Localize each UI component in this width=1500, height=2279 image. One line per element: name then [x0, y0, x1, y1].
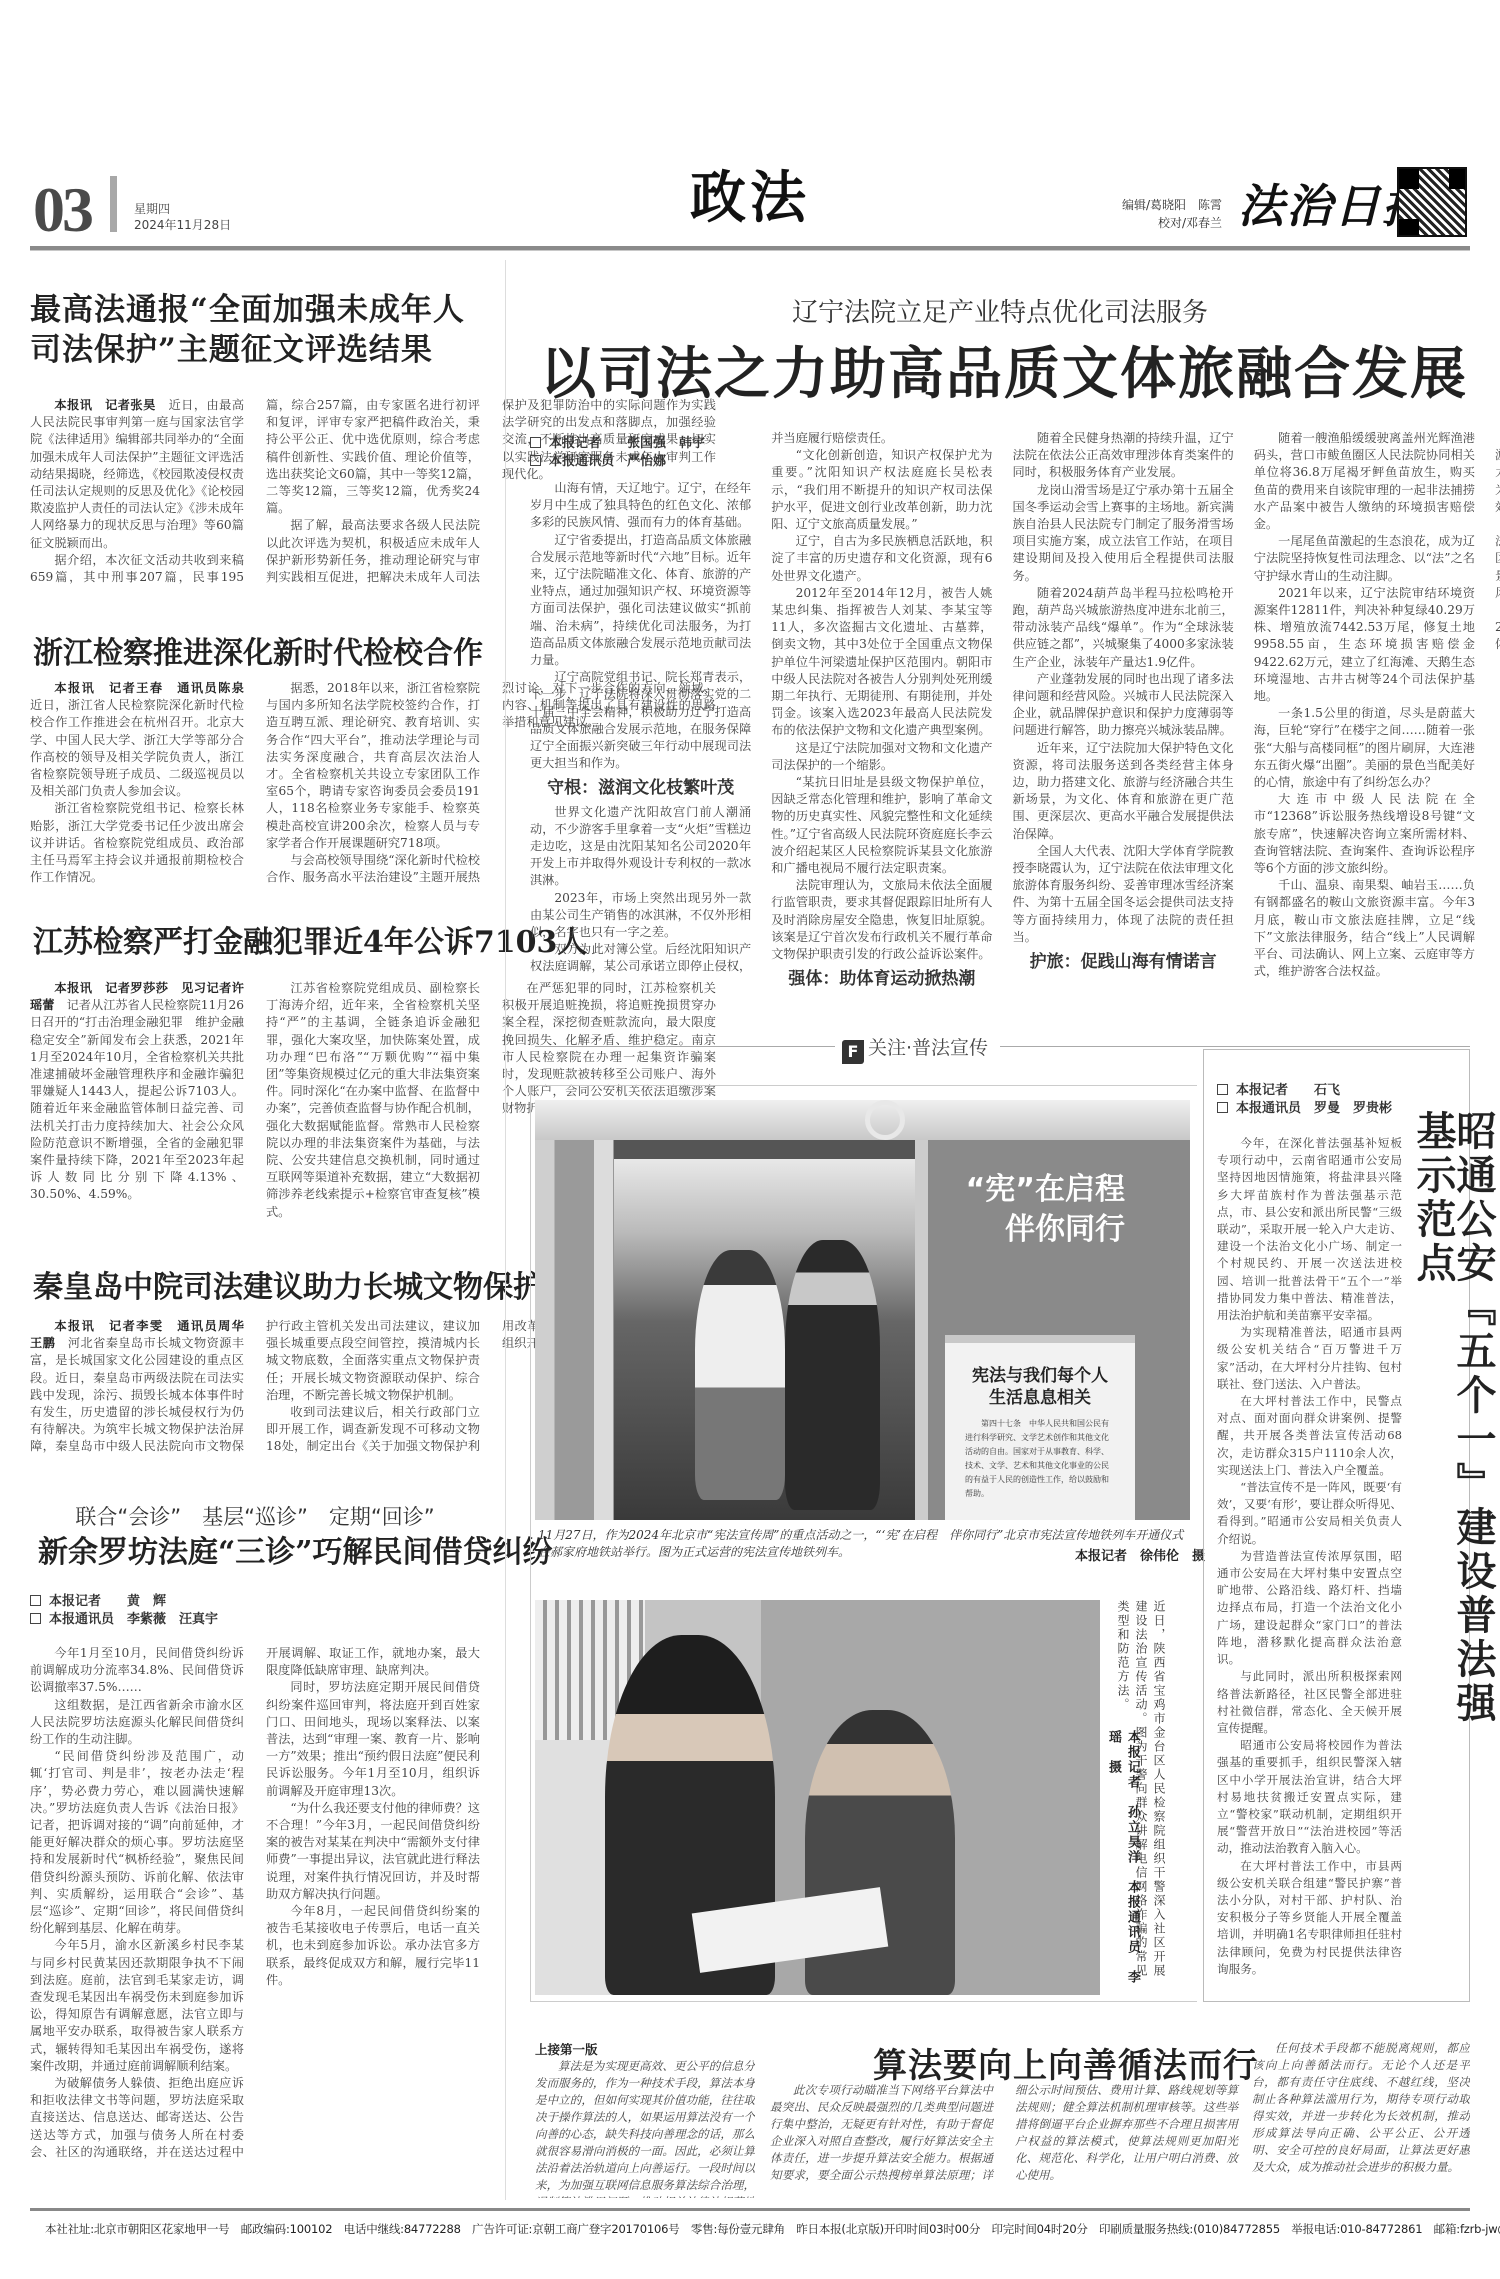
byline-spacer — [530, 430, 751, 480]
editors-credit: 编辑/葛晓阳 陈霄 校对/邓春兰 — [1110, 196, 1222, 232]
proofreader-line: 校对/邓春兰 — [1110, 214, 1222, 232]
square-bullet-icon — [30, 1595, 41, 1606]
algorithm-headline: 算法要向上向善循法而行 — [873, 2038, 1258, 2087]
feature-section-banner: F关注·普法宣传 — [842, 1033, 988, 1064]
square-bullet-icon — [1217, 1102, 1228, 1113]
footer-rule — [30, 2208, 1470, 2211]
square-bullet-icon — [30, 1613, 41, 1624]
article-zhejiang-body: 本报讯 记者王春 通讯员陈泉 近日，浙江省人民检察院深化新时代检校合作工作推进会… — [30, 680, 480, 890]
subhead-tourism: 护旅：促践山海有情诺言 — [1013, 954, 1234, 971]
footer-imprint: 本社社址:北京市朝阳区花家地甲一号 邮政编码:100102 电话中继线:8477… — [45, 2221, 1465, 2237]
byline-correspondent: 本报通讯员 李紫薇 汪真宇 — [30, 1611, 250, 1629]
algorithm-body-col4: 任何技术手段都不能脱离规则，都应该向上向善循法而行。无论个人还是平台，都有责任守… — [1252, 2040, 1470, 2200]
headline-line: 最高法通报“全面加强未成年人 — [30, 290, 480, 330]
section-title: 政法 — [690, 170, 810, 226]
banner-rule-right — [1000, 1046, 1470, 1047]
article-minors-headline: 最高法通报“全面加强未成年人 司法保护”主题征文评选结果 — [30, 290, 480, 370]
headline-line: 司法保护”主题征文评选结果 — [30, 330, 480, 370]
page-number: 03 — [33, 178, 91, 242]
article-xinyu-kicker: 联合“会诊” 基层“巡诊” 定期“回诊” — [30, 1501, 480, 1531]
article-minors-body: 本报讯 记者张昊 近日，由最高人民法院民事审判第一庭与国家法官学院《法律适用》编… — [30, 397, 480, 587]
main-article-kicker: 辽宁法院立足产业特点优化司法服务 — [530, 292, 1470, 329]
article-qinhuangdao-body: 本报讯 记者李雯 通讯员周华 王鹏 河北省秦皇岛市长城文物资源丰富，是长城国家文… — [30, 1318, 480, 1468]
subhead-culture: 守根：滋润文化枝繁叶茂 — [530, 780, 751, 797]
zhaotong-headline: 昭通公安『五个一』建设普法强基示范点 — [1413, 1110, 1493, 1750]
article-xinyu-bylines: 本报记者 黄 辉 本报通讯员 李紫薇 汪真宇 — [30, 1593, 250, 1629]
algorithm-body-col1: 算法是为实现更高效、更公平的信息分发而服务的，作为一种技术手段，算法本身是中立的… — [535, 2058, 755, 2198]
article-xinyu-headline: 新余罗坊法庭“三诊”巧解民间借贷纠纷 — [38, 1535, 553, 1571]
article-jiangsu-body: 本报讯 记者罗莎莎 见习记者许瑶蕾 记者从江苏省人民检察院11月26日召开的“打… — [30, 980, 480, 1238]
subhead-sports: 强体：助体育运动掀热潮 — [771, 971, 992, 988]
algorithm-body-mid: 此次专项行动瞄准当下网络平台算法中最突出、民众反映最强烈的几类典型问题进行集中整… — [770, 2082, 1238, 2200]
article-zhejiang-headline: 浙江检察推进深化新时代检校合作 — [33, 636, 483, 672]
byline-reporter: 本报记者 黄 辉 — [30, 1593, 250, 1611]
editors-line: 编辑/葛晓阳 陈霄 — [1110, 196, 1222, 214]
main-article-body: 山海有情，天辽地宁。辽宁，在经年岁月中生成了独具特色的红色文化、浓郁多彩的民族风… — [530, 430, 1475, 990]
byline-reporter: 本报记者 石飞 — [1217, 1082, 1417, 1100]
article-xinyu-body: 今年1月至10月，民间借贷纠纷诉前调解成功分流率34.8%、民间借贷诉讼调撤率3… — [30, 1645, 480, 2190]
weekday: 星期四 — [134, 200, 170, 217]
article-qinhuangdao-headline: 秦皇岛中院司法建议助力长城文物保护 — [33, 1270, 543, 1306]
section-logo-icon: F — [842, 1040, 864, 1064]
banner-rule-left — [535, 1046, 835, 1047]
zhaotong-bylines: 本报记者 石飞 本报通讯员 罗曼 罗贵彬 — [1217, 1082, 1417, 1118]
zhaotong-body: 今年，在深化普法强基补短板专项行动中，云南省昭通市公安局坚持因地因情施策，将盐津… — [1217, 1135, 1402, 1995]
feature-photos-frame — [530, 1085, 1197, 2002]
column-separator — [505, 260, 506, 2200]
article-lead: 本报讯 记者张昊 — [54, 398, 155, 412]
square-bullet-icon — [1217, 1084, 1228, 1095]
masthead-rule — [30, 246, 1470, 251]
feature-section-label: 关注·普法宣传 — [868, 1037, 988, 1059]
jump-label: 上接第一版 — [535, 2040, 598, 2058]
main-article-headline: 以司法之力助高品质文体旅融合发展 — [540, 330, 1468, 410]
qr-code-icon[interactable] — [1397, 167, 1467, 237]
page-number-divider — [110, 176, 117, 232]
issue-date: 2024年11月28日 — [134, 216, 231, 233]
byline-correspondent: 本报通讯员 罗曼 罗贵彬 — [1217, 1100, 1417, 1118]
